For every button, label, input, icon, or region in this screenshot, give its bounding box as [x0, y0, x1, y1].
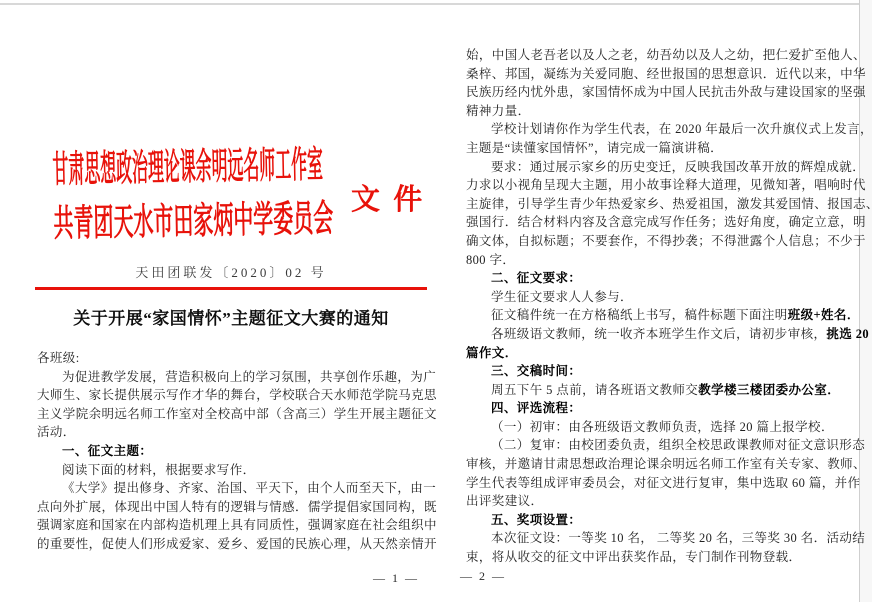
- text-segment-bold: 挑选 20: [826, 327, 869, 341]
- text-line: 二、征文要求：: [466, 269, 858, 288]
- text-line: 大师生、家长提供展示写作才华的舞台，学校联合天水师范学院马克思: [37, 386, 427, 405]
- text-line: 审核，并邀请甘肃思想政治理论课余明远名师工作室有关专家、教师、: [466, 455, 858, 474]
- letterhead-line1: 甘肃思想政治理论课余明远名师工作室: [52, 147, 323, 189]
- text-line: 强国行．结合材料内容及含意完成写作任务；选好角度，确定立意，明: [466, 213, 858, 232]
- text-line: 出评奖建议．: [466, 492, 858, 511]
- text-line: 本次征文设：一等奖 10 名， 二等奖 20 名，三等奖 30 名．活动结: [466, 529, 858, 548]
- text-line: 三、交稿时间：: [466, 362, 858, 381]
- text-line: （一）初审：由各班级语文教师负责，选择 20 篇上报学校．: [466, 418, 858, 437]
- text-segment: 各班级语文教师，统一收齐本班学生作文后，请初步审核，: [491, 327, 826, 341]
- text-segment: 审核，并邀请甘肃思想政治理论课余明远名师工作室有关专家、教师、: [466, 457, 866, 471]
- text-segment: 大师生、家长提供展示写作才华的舞台，学校联合天水师范学院马克思: [37, 388, 437, 402]
- text-line: 800 字．: [466, 251, 858, 270]
- page2-body: 始，中国人老吾老以及人之老，幼吾幼以及人之幼，把仁爱扩至他人、桑梓、邦国，凝练为…: [466, 46, 858, 567]
- text-line: 始，中国人老吾老以及人之老，幼吾幼以及人之幼，把仁爱扩至他人、: [466, 46, 858, 65]
- text-line: 篇作文．: [466, 344, 858, 363]
- text-segment: 精神力量．: [466, 104, 531, 118]
- text-segment-bold: 二、征文要求：: [491, 271, 581, 285]
- text-line: 确文体，自拟标题；不要套作，不得抄袭；不得泄露个人信息；不少于: [466, 232, 858, 251]
- text-line: 学生代表等组成评审委员会，对征文进行复审，集中选取 60 篇，并作: [466, 474, 858, 493]
- text-segment: 活动．: [37, 425, 76, 439]
- text-line: 阅读下面的材料，根据要求写作．: [37, 461, 427, 480]
- text-segment: 强国行．结合材料内容及含意完成写作任务；选好角度，确定立意，明: [466, 215, 866, 229]
- text-segment-bold: 五、奖项设置：: [491, 513, 581, 527]
- text-line: 点向外扩展，体现出中国人特有的逻辑与情感．儒学提倡家国同构，既: [37, 498, 427, 517]
- text-segment: 强调家庭和国家在内部构造机理上具有同质性，强调家庭在社会组织中: [37, 518, 437, 532]
- text-segment: 为促进教学发展，营造积极向上的学习氛围，共享创作乐趣，为广: [62, 370, 436, 384]
- text-segment-bold: 教学楼三楼团委办公室．: [698, 383, 840, 397]
- text-segment: 主题是“读懂家国情怀”，请完成一篇演讲稿．: [466, 141, 723, 155]
- text-segment-bold: 三、交稿时间：: [491, 364, 581, 378]
- text-segment: 主义学院余明远名师工作室对全校高中部（含高三）学生开展主题征文: [37, 407, 437, 421]
- text-line: 民族历经内忧外患，家国情怀成为中国人民抗击外敌与建设国家的坚强: [466, 83, 858, 102]
- page-1: 甘肃思想政治理论课余明远名师工作室 共青团天水市田家炳中学委员会 文 件 天田团…: [35, 0, 427, 602]
- page2-number: — 2 —: [460, 569, 506, 584]
- text-segment-bold: 班级+姓名．: [788, 308, 860, 322]
- text-line: 主旋律，引导学生青少年热爱家乡、热爱祖国，激发其爱国情、报国志、: [466, 195, 858, 214]
- text-segment: 学生代表等组成评审委员会，对征文进行复审，集中选取 60 篇，并作: [466, 476, 860, 490]
- text-segment: （二）复审：由校团委负责，组织全校思政课教师对征文意识形态: [491, 438, 865, 452]
- text-line: 主义学院余明远名师工作室对全校高中部（含高三）学生开展主题征文: [37, 405, 427, 424]
- text-line: 周五下午 5 点前，请各班语文教师交教学楼三楼团委办公室．: [466, 381, 858, 400]
- text-line: 桑梓、邦国，凝练为关爱同胞、经世报国的思想意识．近代以来，中华: [466, 65, 858, 84]
- text-segment-bold: 一、征文主题：: [62, 444, 152, 458]
- text-segment: 力求以小视角呈现大主题，用小故事诠释大道理，见微知著，唱响时代: [466, 178, 866, 192]
- text-segment: 的重要性，促使人们形成爱家、爱乡、爱国的民族心理，从天然亲情开: [37, 537, 437, 551]
- text-line: 活动．: [37, 423, 427, 442]
- text-segment: 学校计划请你作为学生代表，在 2020 年最后一次升旗仪式上发言，: [491, 122, 872, 136]
- text-line: 四、评选流程：: [466, 399, 858, 418]
- text-line: 力求以小视角呈现大主题，用小故事诠释大道理，见微知著，唱响时代: [466, 176, 858, 195]
- text-segment: 各班级:: [37, 351, 80, 365]
- text-line: 学生征文要求人人参与．: [466, 288, 858, 307]
- text-segment: 确文体，自拟标题；不要套作，不得抄袭；不得泄露个人信息；不少于: [466, 234, 866, 248]
- text-segment-bold: 四、评选流程：: [491, 401, 581, 415]
- text-line: 学校计划请你作为学生代表，在 2020 年最后一次升旗仪式上发言，: [466, 120, 858, 139]
- text-segment: （一）初审：由各班级语文教师负责，选择 20 篇上报学校．: [491, 420, 834, 434]
- letterhead-doc-label: 文 件: [351, 186, 425, 215]
- text-line: 一、征文主题：: [37, 442, 427, 461]
- page-2: 始，中国人老吾老以及人之老，幼吾幼以及人之幼，把仁爱扩至他人、桑梓、邦国，凝练为…: [458, 0, 858, 602]
- text-line: 要求：通过展示家乡的历史变迁，反映我国改革开放的辉煌成就．: [466, 158, 858, 177]
- text-segment: 点向外扩展，体现出中国人特有的逻辑与情感．儒学提倡家国同构，既: [37, 500, 437, 514]
- page1-body: 各班级:为促进教学发展，营造积极向上的学习氛围，共享创作乐趣，为广大师生、家长提…: [37, 349, 427, 554]
- document-title: 关于开展“家国情怀”主题征文大赛的通知: [35, 304, 427, 329]
- text-line: 各班级语文教师，统一收齐本班学生作文后，请初步审核，挑选 20: [466, 325, 858, 344]
- page1-number: — 1 —: [373, 571, 419, 586]
- text-line: 束，将从收交的征文中评出获奖作品，专门制作刊物登载．: [466, 548, 858, 567]
- text-segment: 桑梓、邦国，凝练为关爱同胞、经世报国的思想意识．近代以来，中华: [466, 67, 866, 81]
- text-segment-bold: 篇作文．: [466, 346, 518, 360]
- text-segment: 学生征文要求人人参与．: [491, 290, 633, 304]
- text-segment: 征文稿件统一在方格稿纸上书写，稿件标题下面注明: [491, 308, 788, 322]
- text-segment: 束，将从收交的征文中评出获奖作品，专门制作刊物登载．: [466, 550, 801, 564]
- doc-number: 天田团联发〔2020〕02 号: [35, 262, 427, 281]
- text-line: 五、奖项设置：: [466, 511, 858, 530]
- text-segment: 本次征文设：一等奖 10 名， 二等奖 20 名，三等奖 30 名．活动结: [491, 531, 865, 545]
- text-line: 各班级:: [37, 349, 427, 368]
- text-segment: 主旋律，引导学生青少年热爱家乡、热爱祖国，激发其爱国情、报国志、: [466, 197, 872, 211]
- text-line: 为促进教学发展，营造积极向上的学习氛围，共享创作乐趣，为广: [37, 368, 427, 387]
- text-line: 主题是“读懂家国情怀”，请完成一篇演讲稿．: [466, 139, 858, 158]
- text-line: 征文稿件统一在方格稿纸上书写，稿件标题下面注明班级+姓名．: [466, 306, 858, 325]
- text-line: （二）复审：由校团委负责，组织全校思政课教师对征文意识形态: [466, 436, 858, 455]
- text-segment: 《大学》提出修身、齐家、治国、平天下，由个人而至天下，由一: [62, 481, 436, 495]
- red-divider-rule: [35, 287, 427, 290]
- text-segment: 要求：通过展示家乡的历史变迁，反映我国改革开放的辉煌成就．: [491, 160, 865, 174]
- text-segment: 出评奖建议．: [466, 494, 543, 508]
- text-segment: 民族历经内忧外患，家国情怀成为中国人民抗击外敌与建设国家的坚强: [466, 85, 866, 99]
- text-line: 强调家庭和国家在内部构造机理上具有同质性，强调家庭在社会组织中: [37, 516, 427, 535]
- text-segment: 始，中国人老吾老以及人之老，幼吾幼以及人之幼，把仁爱扩至他人、: [466, 48, 866, 62]
- text-segment: 800 字．: [466, 253, 515, 267]
- text-line: 精神力量．: [466, 102, 858, 121]
- document-canvas: 甘肃思想政治理论课余明远名师工作室 共青团天水市田家炳中学委员会 文 件 天田团…: [0, 0, 872, 602]
- text-line: 的重要性，促使人们形成爱家、爱乡、爱国的民族心理，从天然亲情开: [37, 535, 427, 554]
- text-segment: 周五下午 5 点前，请各班语文教师交: [491, 383, 698, 397]
- letterhead-line2: 共青团天水市田家炳中学委员会: [53, 200, 393, 244]
- text-line: 《大学》提出修身、齐家、治国、平天下，由个人而至天下，由一: [37, 479, 427, 498]
- text-segment: 阅读下面的材料，根据要求写作．: [62, 463, 256, 477]
